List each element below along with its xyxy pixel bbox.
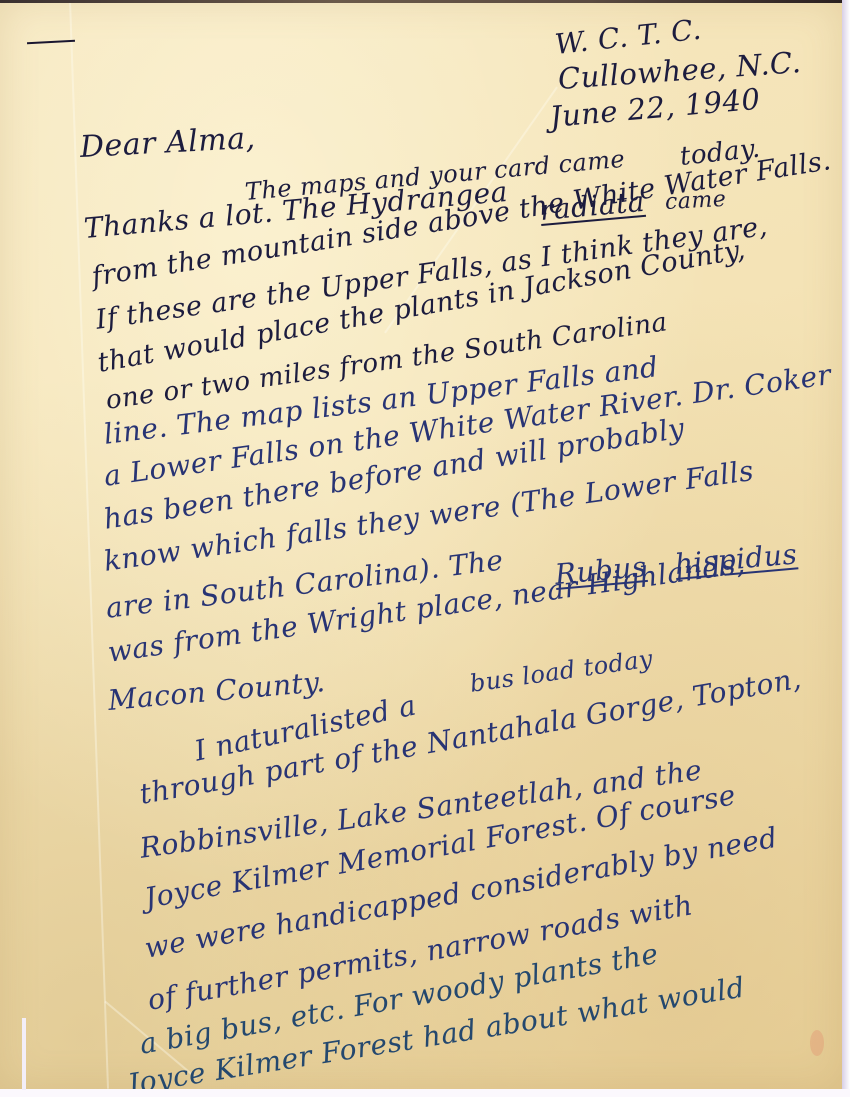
scan-top-edge xyxy=(0,0,842,3)
paper-stain xyxy=(810,1030,824,1056)
margin-dash-mark xyxy=(27,40,75,45)
salutation: Dear Alma, xyxy=(79,121,256,165)
paper-sheet: W. C. T. C. Cullowhee, N.C. June 22, 194… xyxy=(0,0,842,1089)
scanned-letter: W. C. T. C. Cullowhee, N.C. June 22, 194… xyxy=(0,0,850,1097)
letter-line: Macon County. xyxy=(107,665,327,717)
letter-line-insertion: bus load today xyxy=(468,644,655,697)
scan-right-edge xyxy=(842,0,850,1097)
paper-tear xyxy=(22,1018,26,1090)
scan-bottom-edge xyxy=(0,1089,850,1097)
